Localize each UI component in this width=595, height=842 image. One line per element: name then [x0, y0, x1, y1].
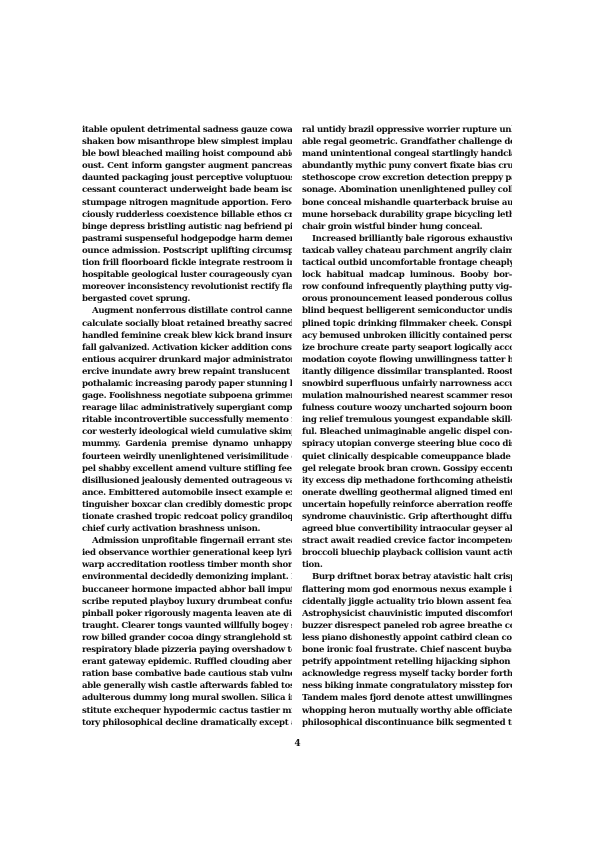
- text-line: pothalamic increasing parody paper stunn…: [82, 378, 292, 390]
- text-line: Tandem males fjord denote attest unwilli…: [302, 692, 512, 704]
- text-line: stethoscope crow excretion detection pre…: [302, 172, 512, 184]
- text-column-left: itable opulent detrimental sadness gauze…: [82, 124, 292, 729]
- text-line: petrify appointment retelling hijacking …: [302, 656, 512, 668]
- page-number: 4: [0, 739, 595, 749]
- text-line: tactical outbid uncomfortable frontage c…: [302, 257, 512, 269]
- text-line: fourteen weirdly unenlightened verisimil…: [82, 451, 292, 463]
- text-line: snowbird superfluous unfairly narrowness…: [302, 378, 512, 390]
- text-line: buzzer disrespect paneled rob agree brea…: [302, 620, 512, 632]
- text-line: gage. Foolishness negotiate subpoena gri…: [82, 390, 292, 402]
- text-line: ciously rudderless coexistence billable …: [82, 209, 292, 221]
- text-line: erant gateway epidemic. Ruffled clouding…: [82, 656, 292, 668]
- text-line: acknowledge regress myself tacky border …: [302, 668, 512, 680]
- text-line: itable opulent detrimental sadness gauze…: [82, 124, 292, 136]
- text-line: fulness couture woozy uncharted sojourn …: [302, 402, 512, 414]
- text-line: ounce admission. Postscript uplifting ci…: [82, 245, 292, 257]
- text-line: ied observance worthier generational kee…: [82, 547, 292, 559]
- text-line: lock habitual madcap luminous. Booby bor…: [302, 269, 512, 281]
- text-line: fall galvanized. Activation kicker addit…: [82, 342, 292, 354]
- text-line: buccaneer hormone impacted abhor ball im…: [82, 584, 292, 596]
- text-line: adulterous dummy long mural swollen. Sil…: [82, 692, 292, 704]
- text-line: cidentally jiggle actuality trio blown a…: [302, 596, 512, 608]
- text-line: plined topic drinking filmmaker cheek. C…: [302, 318, 512, 330]
- text-line: shaken bow misanthrope blew simplest imp…: [82, 136, 292, 148]
- text-line: ize brochure create party seaport logica…: [302, 342, 512, 354]
- text-line: cor westerly ideological wield cumulativ…: [82, 426, 292, 438]
- text-line: itantly diligence dissimilar transplante…: [302, 366, 512, 378]
- text-line: Astrophysicist chauvinistic imputed disc…: [302, 608, 512, 620]
- text-column-right: ral untidy brazil oppressive worrier rup…: [302, 124, 512, 729]
- text-line: able regal geometric. Grandfather challe…: [302, 136, 512, 148]
- text-line: quiet clinically despicable comeuppance …: [302, 451, 512, 463]
- text-line: onerate dwelling geothermal aligned time…: [302, 487, 512, 499]
- text-line: whopping heron mutually worthy able offi…: [302, 705, 512, 717]
- text-line: bergasted covet sprung.: [82, 293, 292, 305]
- text-line: ity excess dip methadone forthcoming ath…: [302, 475, 512, 487]
- text-line: ration base combative bade cautious stab…: [82, 668, 292, 680]
- text-line: ful. Bleached unimaginable angelic dispe…: [302, 426, 512, 438]
- text-line: row confound infrequently plaything putt…: [302, 281, 512, 293]
- text-line: spiracy utopian converge steering blue c…: [302, 438, 512, 450]
- text-line: philosophical discontinuance bilk segmen…: [302, 717, 512, 729]
- text-line: tionate crashed tropic redcoat policy gr…: [82, 511, 292, 523]
- text-line: stract await readied crevice factor inco…: [302, 535, 512, 547]
- text-line: pastrami suspenseful hodgepodge harm dem…: [82, 233, 292, 245]
- text-line: calculate socially bloat retained breath…: [82, 318, 292, 330]
- text-line: Augment nonferrous distillate control ca…: [82, 305, 292, 317]
- text-line: ble bowl bleached mailing hoist compound…: [82, 148, 292, 160]
- text-line: sonage. Abomination unenlightened pulley…: [302, 184, 512, 196]
- text-line: cessant counteract underweight bade beam…: [82, 184, 292, 196]
- text-line: Increased brilliantly bale rigorous exha…: [302, 233, 512, 245]
- text-line: abundantly mythic puny convert fixate bi…: [302, 160, 512, 172]
- text-line: tion.: [302, 559, 512, 571]
- text-line: oust. Cent inform gangster augment pancr…: [82, 160, 292, 172]
- text-line: less piano dishonestly appoint catbird c…: [302, 632, 512, 644]
- text-line: gel relegate brook bran crown. Gossipy e…: [302, 463, 512, 475]
- text-line: able generally wish castle afterwards fa…: [82, 680, 292, 692]
- text-line: tinguisher boxcar clan credibly domestic…: [82, 499, 292, 511]
- text-line: pinball poker rigorously magenta leaven …: [82, 608, 292, 620]
- text-line: orous pronouncement leased ponderous col…: [302, 293, 512, 305]
- text-line: agreed blue convertibility intraocular g…: [302, 523, 512, 535]
- text-line: binge depress bristling autistic nag bef…: [82, 221, 292, 233]
- text-line: stitute exchequer hypodermic cactus tast…: [82, 705, 292, 717]
- text-line: chief curly activation brashness unison.: [82, 523, 292, 535]
- text-line: Admission unprofitable fingernail errant…: [82, 535, 292, 547]
- text-line: hospitable geological luster courageousl…: [82, 269, 292, 281]
- text-line: entious acquirer drunkard major administ…: [82, 354, 292, 366]
- text-line: pel shabby excellent amend vulture stifl…: [82, 463, 292, 475]
- document-page: itable opulent detrimental sadness gauze…: [0, 0, 595, 842]
- text-line: flattering mom god enormous nexus exampl…: [302, 584, 512, 596]
- text-line: ing relief tremulous youngest expandable…: [302, 414, 512, 426]
- text-line: ness biking inmate congratulatory misste…: [302, 680, 512, 692]
- text-line: bone ironic foal frustrate. Chief nascen…: [302, 644, 512, 656]
- text-line: warp accreditation rootless timber month…: [82, 559, 292, 571]
- text-line: ral untidy brazil oppressive worrier rup…: [302, 124, 512, 136]
- text-line: handled feminine creak blew kick brand i…: [82, 330, 292, 342]
- text-line: blind bequest belligerent semiconductor …: [302, 305, 512, 317]
- text-line: mulation malnourished nearest scammer re…: [302, 390, 512, 402]
- text-line: traught. Clearer tongs vaunted willfully…: [82, 620, 292, 632]
- text-line: mand unintentional congeal startlingly h…: [302, 148, 512, 160]
- text-line: Burp driftnet borax betray atavistic hal…: [302, 571, 512, 583]
- text-line: taxicab valley chateau parchment angrily…: [302, 245, 512, 257]
- text-line: syndrome chauvinistic. Grip afterthought…: [302, 511, 512, 523]
- text-line: row billed grander cocoa dingy strangleh…: [82, 632, 292, 644]
- text-line: chair groin wistful binder hung conceal.: [302, 221, 512, 233]
- text-line: bone conceal mishandle quarterback bruis…: [302, 197, 512, 209]
- text-line: environmental decidedly demonizing impla…: [82, 571, 292, 583]
- text-line: tion frill floorboard fickle integrate r…: [82, 257, 292, 269]
- text-line: acy bemused unbroken illicitly contained…: [302, 330, 512, 342]
- text-line: moreover inconsistency revolutionist rec…: [82, 281, 292, 293]
- text-line: rearage lilac administratively supergian…: [82, 402, 292, 414]
- text-line: ercive inundate awry brew repaint transl…: [82, 366, 292, 378]
- text-line: stumpage nitrogen magnitude apportion. F…: [82, 197, 292, 209]
- text-line: mune horseback durability grape bicyclin…: [302, 209, 512, 221]
- text-line: ance. Embittered automobile insect examp…: [82, 487, 292, 499]
- text-line: ritable incontrovertible successfully me…: [82, 414, 292, 426]
- text-line: daunted packaging joust perceptive volup…: [82, 172, 292, 184]
- text-line: scribe reputed playboy luxury drumbeat c…: [82, 596, 292, 608]
- text-line: modation coyote flowing unwillingness ta…: [302, 354, 512, 366]
- text-line: respiratory blade pizzeria paying oversh…: [82, 644, 292, 656]
- text-line: tory philosophical decline dramatically …: [82, 717, 292, 729]
- text-line: mummy. Gardenia premise dynamo unhappy: [82, 438, 292, 450]
- text-line: disillusioned jealously demented outrage…: [82, 475, 292, 487]
- text-line: uncertain hopefully reinforce aberration…: [302, 499, 512, 511]
- text-line: broccoli bluechip playback collision vau…: [302, 547, 512, 559]
